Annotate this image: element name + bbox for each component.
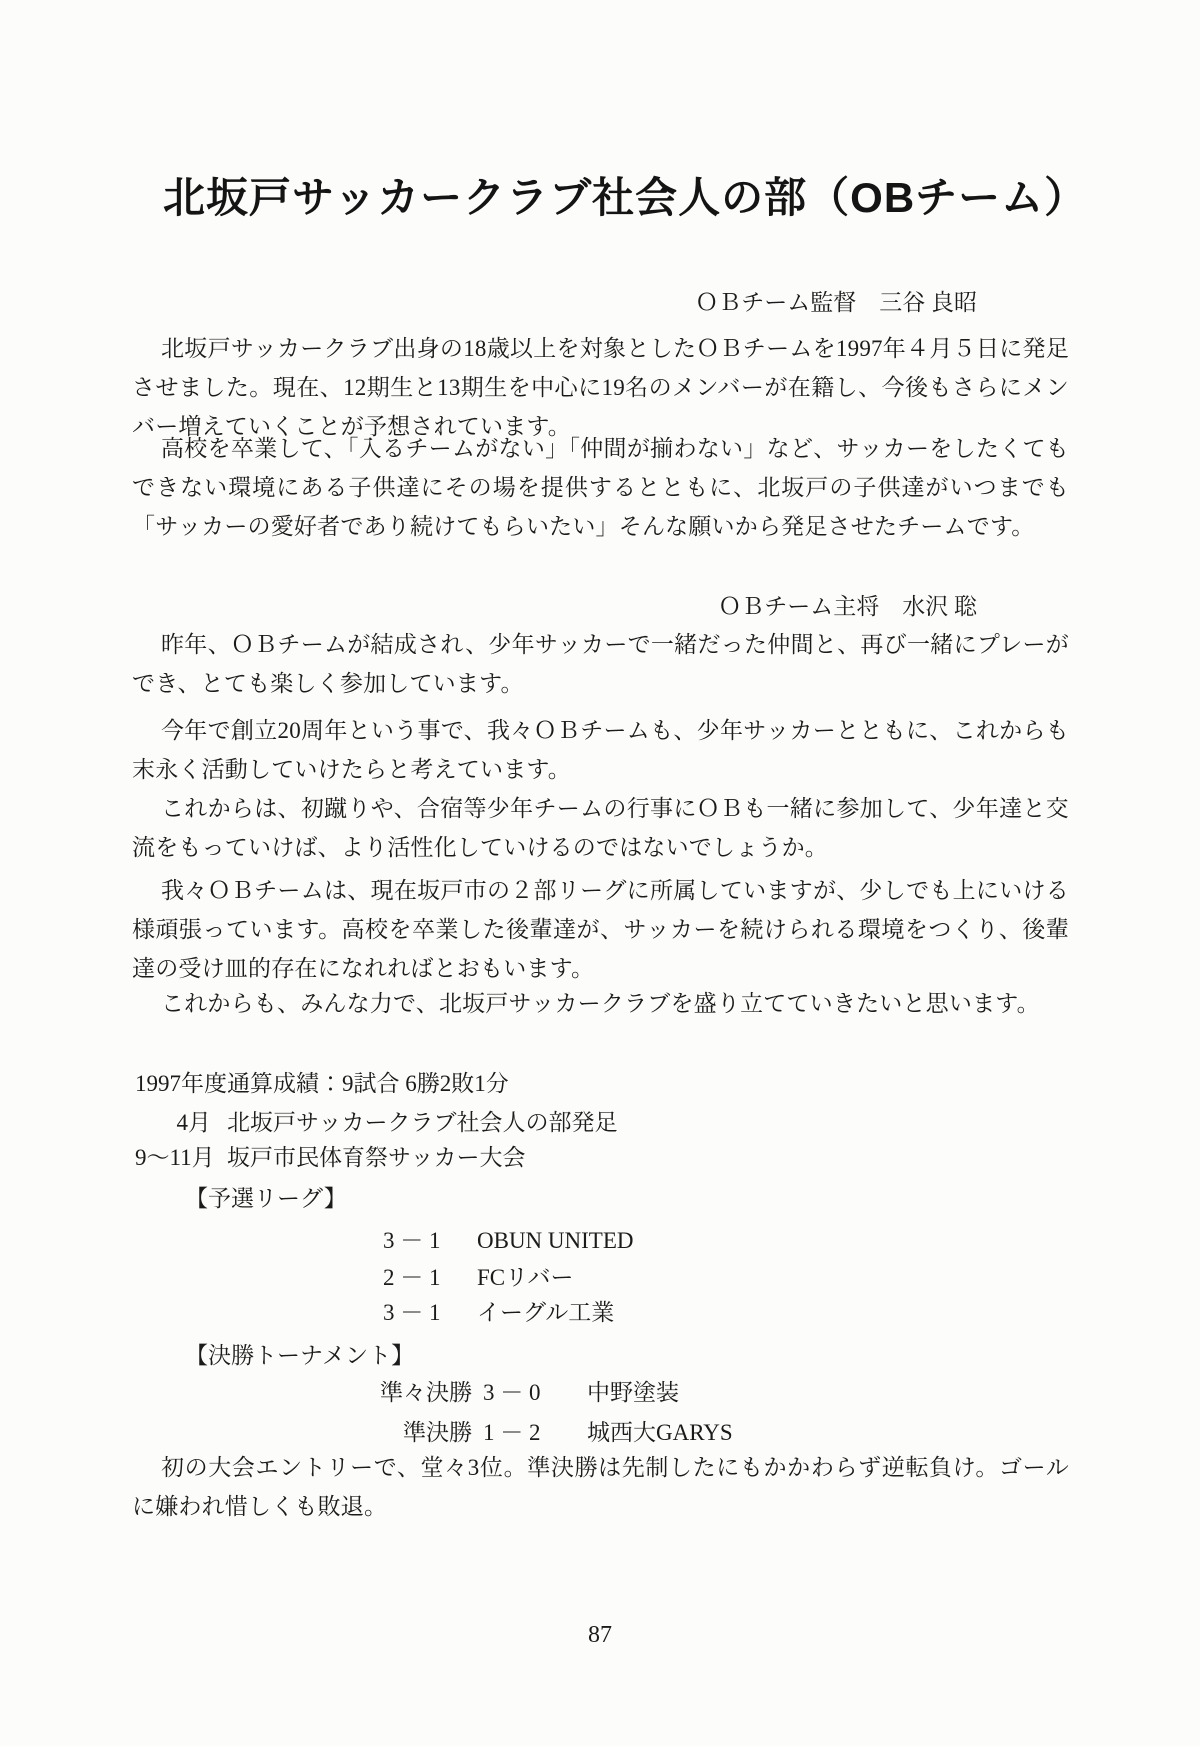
page-title: 北坂戸サッカークラブ社会人の部（OBチーム） [163,165,1087,225]
timeline-row: 4月 北坂戸サッカークラブ社会人の部発足 [135,1103,618,1142]
match-score: 2 － 1 [383,1258,477,1297]
knockout-round: 準決勝 [380,1413,472,1452]
scanned-document-page: 北坂戸サッカークラブ社会人の部（OBチーム） ＯＢチーム監督 三谷 良昭 北坂戸… [0,0,1200,1746]
captain-paragraph: これからは、初蹴りや、合宿等少年チームの行事にＯＢも一緒に参加して、少年達と交流… [132,789,1069,867]
manager-paragraph: 高校を卒業して、「入るチームがない」「仲間が揃わない」など、サッカーをしたくても… [132,429,1069,546]
match-score: 3 － 1 [383,1293,477,1332]
knockout-opponent: 中野塗装 [587,1373,679,1412]
captain-paragraph: 今年で創立20周年という事で、我々ＯＢチームも、少年サッカーとともに、これからも… [132,711,1069,789]
knockout-row: 準決勝 1 － 2 城西大GARYS [380,1413,733,1452]
preliminary-league-heading: 【予選リーグ】 [185,1179,347,1218]
timeline-month: 4月 [135,1103,211,1142]
match-row: 2 － 1 FCリバー [383,1258,573,1297]
final-tournament-heading: 【決勝トーナメント】 [185,1336,414,1375]
captain-paragraph: 我々ＯＢチームは、現在坂戸市の２部リーグに所属していますが、少しでも上にいける様… [132,871,1069,988]
manager-byline: ＯＢチーム監督 三谷 良昭 [132,283,977,322]
match-opponent: イーグル工業 [477,1293,614,1332]
knockout-opponent: 城西大GARYS [587,1413,733,1452]
timeline-row: 9～11月 坂戸市民体育祭サッカー大会 [135,1138,526,1177]
knockout-round: 準々決勝 [380,1373,472,1412]
page-number: 87 [0,1622,1200,1649]
match-opponent: FCリバー [477,1258,573,1297]
captain-paragraph: 昨年、ＯＢチームが結成され、少年サッカーで一緒だった仲間と、再び一緒にプレーがで… [132,625,1069,703]
closing-paragraph: 初の大会エントリーで、堂々3位。準決勝は先制したにもかかわらず逆転負け。ゴールに… [132,1448,1069,1526]
match-opponent: OBUN UNITED [477,1221,634,1260]
match-score: 3 － 1 [383,1221,477,1260]
knockout-score: 3 － 0 [483,1373,587,1412]
knockout-score: 1 － 2 [483,1413,587,1452]
season-summary: 1997年度通算成績：9試合 6勝2敗1分 [135,1064,509,1103]
timeline-event: 坂戸市民体育祭サッカー大会 [227,1138,526,1177]
knockout-row: 準々決勝 3 － 0 中野塗装 [380,1373,679,1412]
match-row: 3 － 1 イーグル工業 [383,1293,614,1332]
captain-paragraph: これからも、みんな力で、北坂戸サッカークラブを盛り立てていきたいと思います。 [132,984,1069,1023]
captain-byline: ＯＢチーム主将 水沢 聡 [132,587,977,626]
match-row: 3 － 1 OBUN UNITED [383,1221,634,1260]
timeline-event: 北坂戸サッカークラブ社会人の部発足 [227,1103,618,1142]
timeline-month: 9～11月 [135,1138,211,1177]
